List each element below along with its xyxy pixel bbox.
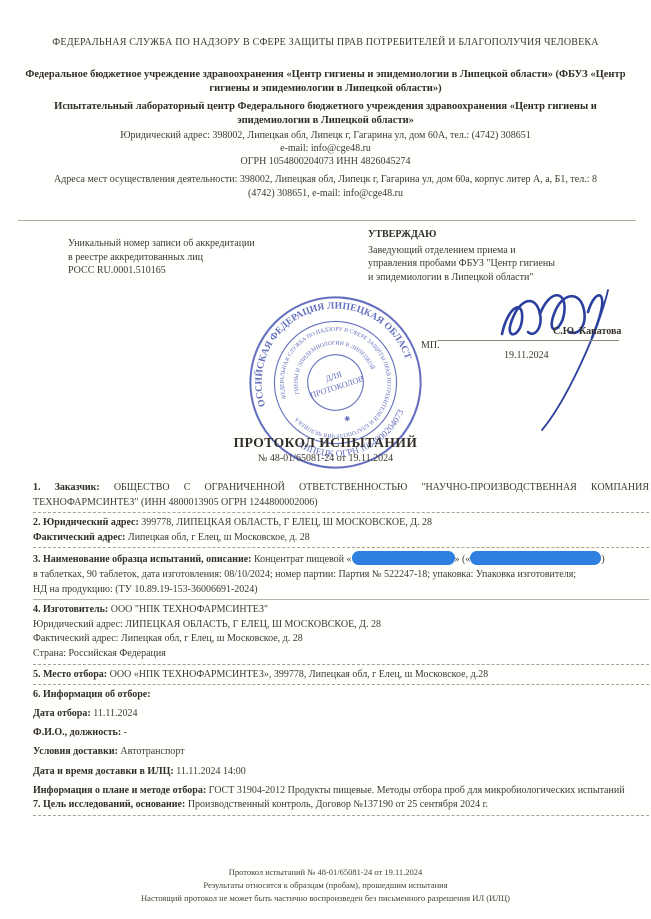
legal-address: Юридический адрес: 398002, Липецкая обл,… — [75, 130, 576, 143]
section-6-row-delivery-datetime: Дата и время доставки в ИЛЦ: 11.11.2024 … — [33, 765, 649, 780]
accreditation-line2: в реестре аккредитованных лиц — [68, 251, 308, 265]
sections-block: 1. Заказчик: ОБЩЕСТВО С ОГРАНИЧЕННОЙ ОТВ… — [33, 481, 649, 819]
section-divider — [33, 815, 649, 816]
s6-date-label: Дата отбора: — [33, 708, 91, 719]
section-5-text: ООО «НПК ТЕХНОФАРМСИНТЕЗ», 399778, Липец… — [110, 669, 489, 680]
header-divider — [18, 220, 636, 221]
footer-line3: Настоящий протокол не может быть частичн… — [0, 892, 651, 905]
header-legal-address-block: Юридический адрес: 398002, Липецкая обл,… — [75, 130, 576, 168]
organization-name: Федеральное бюджетное учреждение здравоо… — [25, 68, 626, 95]
protocol-document-page: ФЕДЕРАЛЬНАЯ СЛУЖБА ПО НАДЗОРУ В СФЕРЕ ЗА… — [0, 0, 651, 919]
approval-title: УТВЕРЖДАЮ — [368, 228, 624, 242]
s6-method-label: Информация о плане и методе отбора: — [33, 785, 206, 796]
section-6-row-delivery: Условия доставки: Автотранспорт — [33, 745, 649, 760]
approval-date: 19.11.2024 — [504, 350, 549, 361]
section-1-label: 1. Заказчик: — [33, 482, 100, 493]
accreditation-block: Уникальный номер записи об аккредитации … — [68, 237, 308, 278]
section-4-manufacturer: 4. Изготовитель: ООО "НПК ТЕХНОФАРМСИНТЕ… — [33, 603, 649, 618]
section-2-legal-address: 2. Юридический адрес: 399778, ЛИПЕЦКАЯ О… — [33, 516, 649, 531]
section-3-sample-name: 3. Наименование образца испытаний, описа… — [33, 551, 649, 568]
section-divider — [33, 664, 649, 665]
approval-signer-name: С.Ю. Капатова — [553, 326, 621, 337]
section-7-purpose: 7. Цель исследований, основание: Произво… — [33, 798, 649, 813]
section-4-legal: Юридический адрес: ЛИПЕЦКАЯ ОБЛАСТЬ, Г Е… — [33, 618, 649, 633]
section-divider — [33, 547, 649, 548]
s6-fio-value: - — [124, 727, 127, 738]
s6-delivery-label: Условия доставки: — [33, 746, 118, 757]
section-3-nd: НД на продукцию: (ТУ 10.89.19-153-360066… — [33, 583, 649, 598]
section-4-text: ООО "НПК ТЕХНОФАРМСИНТЕЗ" — [111, 604, 268, 615]
section-3-prefix: Концентрат пищевой « — [254, 554, 352, 565]
section-2-fact-text: Липецкая обл, г Елец, ш Московское, д. 2… — [128, 532, 310, 543]
email: e-mail: info@cge48.ru — [75, 143, 576, 156]
lab-center-name: Испытательный лабораторный центр Федерал… — [45, 100, 606, 127]
section-6-label: 6. Информация об отборе: — [33, 688, 649, 703]
section-7-text: Производственный контроль, Договор №1371… — [188, 799, 488, 810]
section-2-label: 2. Юридический адрес: — [33, 517, 139, 528]
redaction-box-1 — [352, 551, 455, 565]
section-3-mid: » (« — [455, 554, 471, 565]
s6-datetime-label: Дата и время доставки в ИЛЦ: — [33, 766, 174, 777]
section-3-label: 3. Наименование образца испытаний, описа… — [33, 554, 251, 565]
s6-date-value: 11.11.2024 — [93, 708, 137, 719]
section-6-row-method: Информация о плане и методе отбора: ГОСТ… — [33, 784, 649, 799]
accreditation-line1: Уникальный номер записи об аккредитации — [68, 237, 308, 251]
section-divider — [33, 599, 649, 600]
section-3-suffix: ) — [601, 554, 604, 565]
redaction-box-2 — [470, 551, 601, 565]
section-2-actual-address: Фактический адрес: Липецкая обл, г Елец,… — [33, 531, 649, 546]
ogrn-inn: ОГРН 1054800204073 ИНН 4826045274 — [75, 156, 576, 169]
footer-block: Протокол испытаний № 48-01/65081-24 от 1… — [0, 866, 651, 905]
section-3-nd-label: НД на продукцию: — [33, 584, 113, 595]
section-4-label: 4. Изготовитель: — [33, 604, 108, 615]
approval-block: УТВЕРЖДАЮ Заведующий отделением приема и… — [368, 228, 624, 284]
section-4-fact: Фактический адрес: Липецкая обл, г Елец,… — [33, 632, 649, 647]
section-6-row-date: Дата отбора: 11.11.2024 — [33, 707, 649, 722]
activity-addresses: Адреса мест осуществления деятельности: … — [45, 173, 606, 200]
section-1-text: ОБЩЕСТВО С ОГРАНИЧЕННОЙ ОТВЕТСТВЕННОСТЬЮ… — [33, 482, 649, 508]
section-5-label: 5. Место отбора: — [33, 669, 107, 680]
section-1-customer: 1. Заказчик: ОБЩЕСТВО С ОГРАНИЧЕННОЙ ОТВ… — [33, 481, 649, 510]
section-6-row-fio: Ф.И.О., должность: - — [33, 726, 649, 741]
section-divider — [33, 512, 649, 513]
document-title: ПРОТОКОЛ ИСПЫТАНИЙ — [0, 435, 651, 451]
federal-agency-name: ФЕДЕРАЛЬНАЯ СЛУЖБА ПО НАДЗОРУ В СФЕРЕ ЗА… — [35, 36, 616, 49]
section-5-sampling-place: 5. Место отбора: ООО «НПК ТЕХНОФАРМСИНТЕ… — [33, 668, 649, 683]
approval-position-line2: управления пробами ФБУЗ "Центр гигиены — [368, 257, 624, 271]
section-2-text: 399778, ЛИПЕЦКАЯ ОБЛАСТЬ, Г ЕЛЕЦ, Ш МОСК… — [141, 517, 432, 528]
accreditation-number: РОСС RU.0001.510165 — [68, 264, 308, 278]
approval-position-line1: Заведующий отделением приема и — [368, 244, 624, 258]
section-3-nd-text: (ТУ 10.89.19-153-36006691-2024) — [115, 584, 257, 595]
section-3-line2: в таблетках, 90 таблеток, дата изготовле… — [33, 568, 649, 583]
document-number: № 48-01/65081-24 от 19.11.2024 — [0, 453, 651, 464]
stamp-place-label: МП. — [421, 340, 440, 351]
footer-line2: Результаты относятся к образцам (пробам)… — [0, 879, 651, 892]
s6-fio-label: Ф.И.О., должность: — [33, 727, 121, 738]
section-4-country: Страна: Российская Федерация — [33, 647, 649, 662]
section-7-label: 7. Цель исследований, основание: — [33, 799, 185, 810]
footer-line1: Протокол испытаний № 48-01/65081-24 от 1… — [0, 866, 651, 879]
s6-datetime-value: 11.11.2024 14:00 — [176, 766, 246, 777]
section-divider — [33, 684, 649, 685]
s6-delivery-value: Автотранспорт — [120, 746, 184, 757]
section-2-fact-label: Фактический адрес: — [33, 532, 125, 543]
signature-underline — [437, 340, 619, 341]
stamp-decor-star: ✱ — [343, 414, 352, 424]
s6-method-value: ГОСТ 31904-2012 Продукты пищевые. Методы… — [209, 785, 625, 796]
